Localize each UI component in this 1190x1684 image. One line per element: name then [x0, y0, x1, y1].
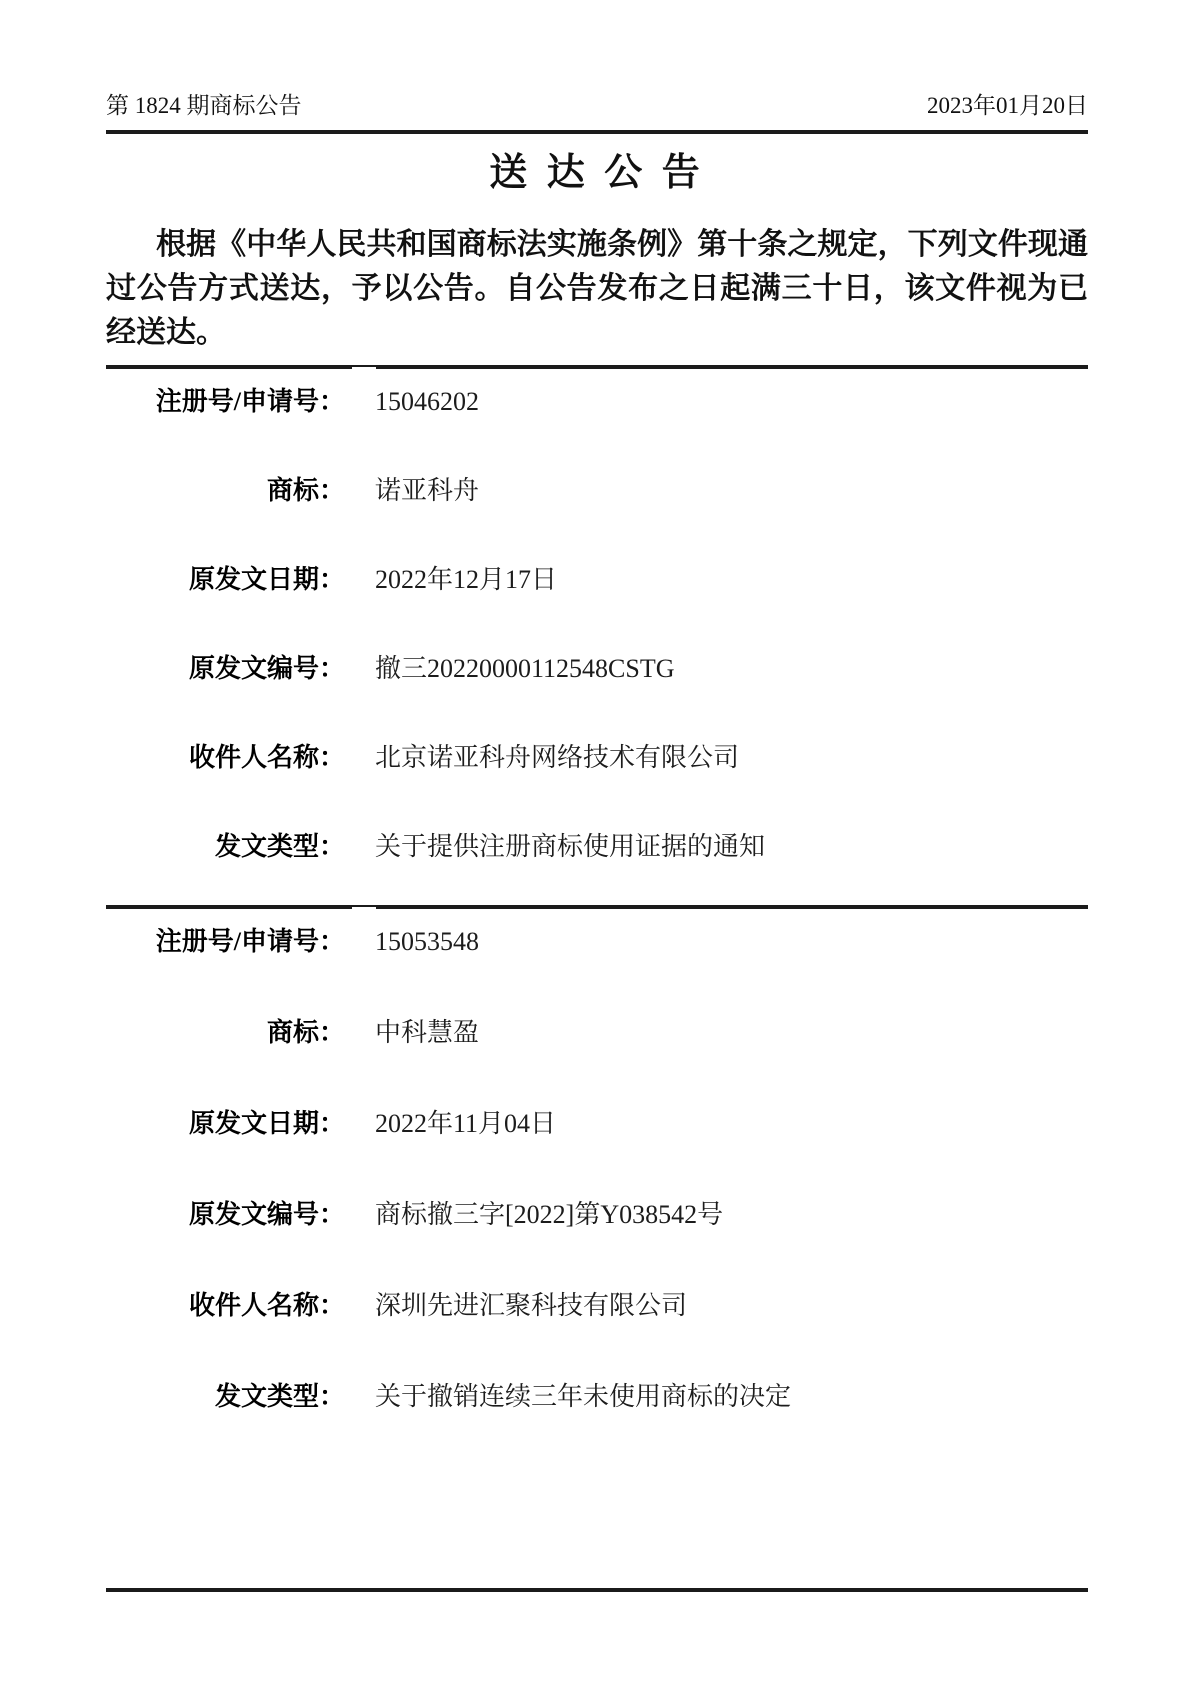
field-label: 注册号/申请号： — [106, 386, 345, 418]
field-value: 诺亚科舟 — [375, 475, 479, 507]
issue-date: 2023年01月20日 — [927, 93, 1088, 118]
field-value: 关于撤销连续三年未使用商标的决定 — [375, 1381, 791, 1413]
field-label: 原发文日期： — [106, 1108, 345, 1140]
field-value: 商标撤三字[2022]第Y038542号 — [375, 1199, 723, 1231]
field-label: 收件人名称： — [106, 742, 345, 774]
field-value: 中科慧盈 — [375, 1017, 479, 1049]
page-header: 第 1824 期商标公告 2023年01月20日 — [106, 0, 1088, 134]
field-label: 注册号/申请号： — [106, 926, 345, 958]
field-value: 2022年11月04日 — [375, 1108, 556, 1140]
field-label: 发文类型： — [106, 1381, 345, 1413]
document-title: 送 达 公 告 — [106, 151, 1088, 195]
issue-number: 第 1824 期商标公告 — [106, 93, 302, 118]
divider-between-records — [106, 905, 1088, 909]
gazette-page: 第 1824 期商标公告 2023年01月20日 送 达 公 告 根据《中华人民… — [0, 0, 1190, 1684]
field-value: 撤三20220000112548CSTG — [375, 653, 675, 685]
page-content: 第 1824 期商标公告 2023年01月20日 送 达 公 告 根据《中华人民… — [106, 0, 1088, 1592]
field-row: 原发文日期： 2022年12月17日 — [106, 564, 1088, 596]
field-row: 原发文编号： 商标撤三字[2022]第Y038542号 — [106, 1199, 1088, 1231]
field-value: 15046202 — [375, 386, 479, 418]
field-row: 原发文日期： 2022年11月04日 — [106, 1108, 1088, 1140]
field-row: 发文类型： 关于撤销连续三年未使用商标的决定 — [106, 1381, 1088, 1413]
field-value: 15053548 — [375, 926, 479, 958]
field-label: 原发文编号： — [106, 653, 345, 685]
field-value: 关于提供注册商标使用证据的通知 — [375, 831, 765, 863]
field-label: 商标： — [106, 1017, 345, 1049]
bottom-rule — [106, 1588, 1088, 1592]
record-block-1: 注册号/申请号： 15046202 商标： 诺亚科舟 原发文日期： 2022年1… — [106, 386, 1088, 863]
field-label: 商标： — [106, 475, 345, 507]
divider-after-intro — [106, 365, 1088, 369]
field-value: 北京诺亚科舟网络技术有限公司 — [375, 742, 739, 774]
field-row: 收件人名称： 深圳先进汇聚科技有限公司 — [106, 1290, 1088, 1322]
field-row: 收件人名称： 北京诺亚科舟网络技术有限公司 — [106, 742, 1088, 774]
field-label: 原发文编号： — [106, 1199, 345, 1231]
field-value: 深圳先进汇聚科技有限公司 — [375, 1290, 687, 1322]
field-value: 2022年12月17日 — [375, 564, 557, 596]
record-block-2: 注册号/申请号： 15053548 商标： 中科慧盈 原发文日期： 2022年1… — [106, 926, 1088, 1413]
field-label: 发文类型： — [106, 831, 345, 863]
field-row: 注册号/申请号： 15053548 — [106, 926, 1088, 958]
field-row: 发文类型： 关于提供注册商标使用证据的通知 — [106, 831, 1088, 863]
intro-paragraph: 根据《中华人民共和国商标法实施条例》第十条之规定，下列文件现通 过公告方式送达，… — [106, 223, 1088, 355]
field-row: 注册号/申请号： 15046202 — [106, 386, 1088, 418]
intro-line-3: 经送达。 — [106, 311, 1088, 355]
field-label: 原发文日期： — [106, 564, 345, 596]
field-row: 商标： 中科慧盈 — [106, 1017, 1088, 1049]
field-row: 原发文编号： 撤三20220000112548CSTG — [106, 653, 1088, 685]
intro-line-1: 根据《中华人民共和国商标法实施条例》第十条之规定，下列文件现通 — [106, 223, 1088, 267]
field-label: 收件人名称： — [106, 1290, 345, 1322]
field-row: 商标： 诺亚科舟 — [106, 475, 1088, 507]
intro-line-2: 过公告方式送达，予以公告。自公告发布之日起满三十日，该文件视为已 — [106, 267, 1088, 311]
